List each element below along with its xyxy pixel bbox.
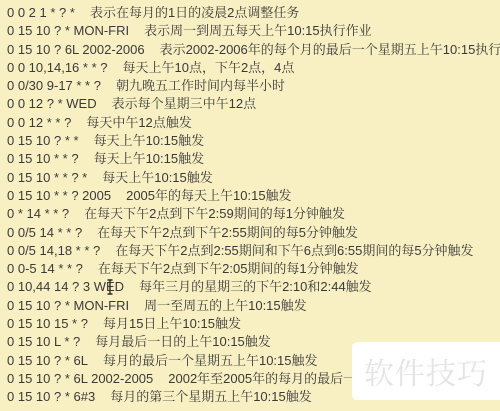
cron-expression: 0 15 10 ? * 6L — [7, 353, 88, 368]
cron-description: 周一至周五的上午10:15触发 — [144, 298, 307, 313]
cron-expression: 0 15 10 * * ? * — [7, 170, 87, 185]
cron-row: 0 15 10 ? * MON-FRI表示周一到周五每天上午10:15执行作业 — [7, 22, 500, 40]
cron-expression: 0 0 10,14,16 * * ? — [7, 60, 107, 75]
cron-description: 表示在每月的1日的凌晨2点调整任务 — [90, 5, 299, 20]
cron-description: 每年三月的星期三的下午2:10和2:44触发 — [139, 279, 372, 294]
cron-description: 每天上午10点，下午2点，4点 — [122, 60, 294, 75]
cron-expression: 0 15 10 ? 6L 2002-2006 — [7, 42, 145, 57]
cron-expression: 0 0-5 14 * * ? — [7, 261, 83, 276]
cron-description: 每月15日上午10:15触发 — [103, 316, 241, 331]
cron-row: 0 15 10 * * ?每天上午10:15触发 — [7, 150, 500, 168]
cron-row: 0 0/5 14,18 * * ?在每天下午2点到2:55期间和下午6点到6:5… — [7, 242, 500, 260]
cron-row: 0 0 10,14,16 * * ?每天上午10点，下午2点，4点 — [7, 59, 500, 77]
cron-row: 0 15 10 ? * *每天上午10:15触发 — [7, 132, 500, 150]
cron-row: 0 15 10 ? * MON-FRI周一至周五的上午10:15触发 — [7, 297, 500, 315]
cron-description: 在每天下午2点到下午2:59期间的每1分钟触发 — [84, 206, 345, 221]
i-beam-text-cursor-icon — [106, 279, 114, 300]
cron-description: 2005年的每天上午10:15触发 — [126, 188, 291, 203]
cron-expression: 0 15 10 ? * MON-FRI — [7, 298, 129, 313]
cron-description: 每月的最后一个星期五上午10:15触发 — [103, 353, 318, 368]
cron-row: 0 0/30 9-17 * * ?朝九晚五工作时间内每半小时 — [7, 77, 500, 95]
cron-expression: 0 0/30 9-17 * * ? — [7, 78, 101, 93]
cron-row: 0 15 10 ? 6L 2002-2006表示2002-2006年的每个月的最… — [7, 41, 500, 59]
cron-expression: 0 0/5 14 * * ? — [7, 225, 82, 240]
cron-expression: 0 15 10 ? * 6#3 — [7, 389, 95, 404]
cron-description: 每天中午12点触发 — [86, 115, 191, 130]
cron-expression: 0 15 10 L * ? — [7, 334, 80, 349]
cron-row: 0 0 2 1 * ? *表示在每月的1日的凌晨2点调整任务 — [7, 4, 500, 22]
watermark-box: 软件技巧 — [352, 342, 500, 400]
cron-expression: 0 15 10 ? * 6L 2002-2005 — [7, 371, 153, 386]
cron-description: 表示2002-2006年的每个月的最后一个星期五上午10:15执行作 — [160, 42, 500, 57]
cron-expression: 0 0 2 1 * ? * — [7, 5, 75, 20]
cron-description: 表示每个星期三中午12点 — [112, 96, 256, 111]
cron-description: 每天上午10:15触发 — [102, 170, 213, 185]
cron-expression: 0 15 10 15 * ? — [7, 316, 88, 331]
cron-description: 朝九晚五工作时间内每半小时 — [116, 78, 285, 93]
cron-row: 0 0 12 ? * WED表示每个星期三中午12点 — [7, 95, 500, 113]
cron-row: 0 15 10 * * ? *每天上午10:15触发 — [7, 169, 500, 187]
cron-expression: 0 15 10 * * ? — [7, 151, 79, 166]
cron-expression: 0 0/5 14,18 * * ? — [7, 243, 100, 258]
cron-expression: 0 * 14 * * ? — [7, 206, 69, 221]
cron-row: 0 15 10 * * ? 20052005年的每天上午10:15触发 — [7, 187, 500, 205]
cron-description: 每天上午10:15触发 — [94, 151, 205, 166]
cron-description: 每月的第三个星期五上午10:15触发 — [110, 389, 312, 404]
cron-expression: 0 15 10 ? * * — [7, 133, 79, 148]
cron-description: 在每天下午2点到2:55期间和下午6点到6:55期间的每5分钟触发 — [115, 243, 473, 258]
cron-expression: 0 0 12 * * ? — [7, 115, 71, 130]
cron-description: 每月最后一日的上午10:15触发 — [95, 334, 271, 349]
cron-expression: 0 0 12 ? * WED — [7, 96, 97, 111]
cron-expression: 0 15 10 ? * MON-FRI — [7, 23, 129, 38]
cron-row: 0 0/5 14 * * ?在每天下午2点到下午2:55期间的每5分钟触发 — [7, 224, 500, 242]
watermark-label: 软件技巧 — [364, 349, 488, 393]
cron-description: 每天上午10:15触发 — [94, 133, 205, 148]
cron-expression: 0 15 10 * * ? 2005 — [7, 188, 111, 203]
document-page: { "page": { "background_color": "#F8F0C2… — [0, 0, 500, 411]
cron-row: 0 * 14 * * ?在每天下午2点到下午2:59期间的每1分钟触发 — [7, 205, 500, 223]
cron-description: 表示周一到周五每天上午10:15执行作业 — [144, 23, 372, 38]
cron-row: 0 0 12 * * ?每天中午12点触发 — [7, 114, 500, 132]
cron-row: 0 0-5 14 * * ?在每天下午2点到下午2:05期间的每1分钟触发 — [7, 260, 500, 278]
cron-row: 0 10,44 14 ? 3 WED每年三月的星期三的下午2:10和2:44触发 — [7, 278, 500, 296]
cron-description: 在每天下午2点到下午2:55期间的每5分钟触发 — [97, 225, 358, 240]
cron-description: 在每天下午2点到下午2:05期间的每1分钟触发 — [98, 261, 359, 276]
cron-row: 0 15 10 15 * ?每月15日上午10:15触发 — [7, 315, 500, 333]
